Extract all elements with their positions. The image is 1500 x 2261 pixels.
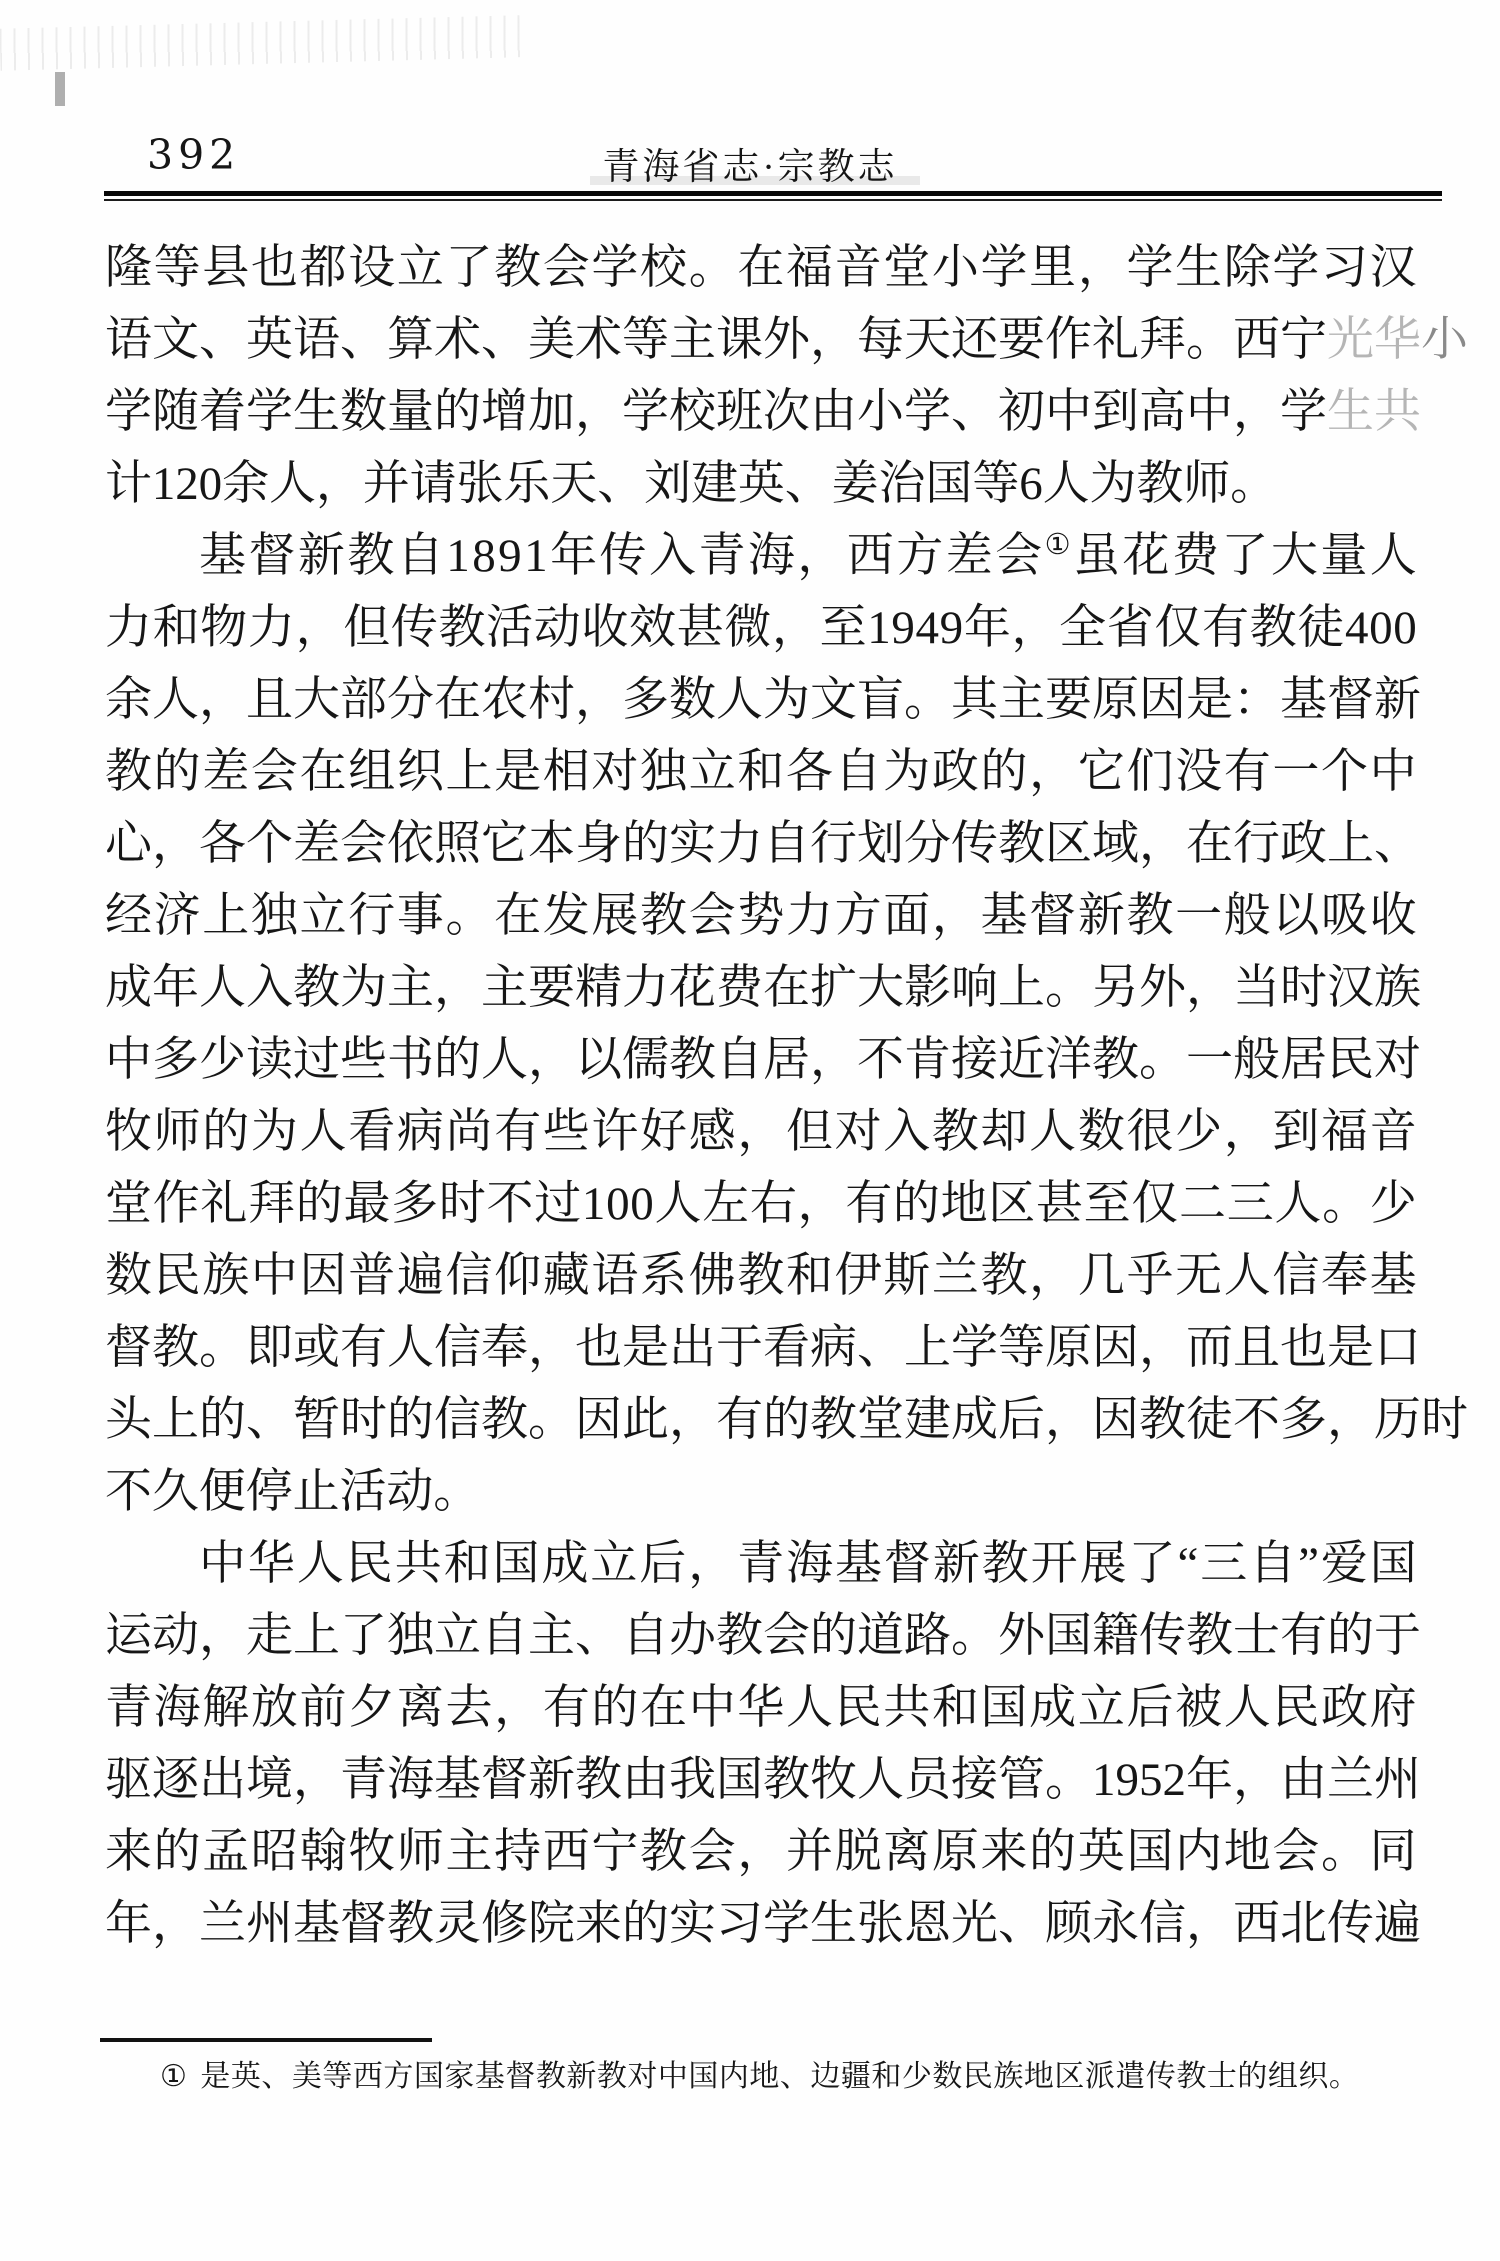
glyph: 般 [1224, 880, 1271, 952]
glyph: 本 [528, 808, 575, 880]
glyph: 同 [1370, 1816, 1417, 1888]
glyph: 教 [810, 1384, 857, 1456]
glyph: 学 [1126, 232, 1173, 304]
glyph: 一 [1186, 1024, 1233, 1096]
glyph: 9 [891, 592, 915, 664]
glyph: 共 [883, 1672, 930, 1744]
glyph: 0 [630, 1168, 654, 1240]
glyph: 面 [883, 880, 930, 952]
glyph: ， [528, 1024, 575, 1096]
glyph: 4 [1345, 592, 1369, 664]
glyph: 1 [152, 448, 175, 520]
glyph: 无 [1175, 1240, 1222, 1312]
glyph: 人 [300, 1096, 347, 1168]
text-line: 成年人入教为主，主要精力花费在扩大影响上。另外，当时汉族 [105, 952, 1417, 1024]
glyph: 。 [1186, 304, 1233, 376]
glyph: 人 [786, 1672, 833, 1744]
glyph: 政 [1280, 808, 1327, 880]
glyph: 为 [763, 664, 810, 736]
glyph: 语 [591, 1240, 638, 1312]
glyph: 1 [524, 520, 548, 592]
glyph: 教 [494, 232, 541, 304]
glyph: 信 [1139, 1888, 1186, 1960]
glyph: 教 [152, 1312, 199, 1384]
text-line: 中华人民共和国成立后，青海基督新教开展了“三自”爱国 [105, 1528, 1417, 1600]
glyph: 年 [964, 592, 1011, 664]
glyph: 离 [397, 1672, 444, 1744]
glyph: 信 [1272, 1240, 1319, 1312]
glyph: 外 [1139, 952, 1186, 1024]
glyph: 的 [296, 1168, 343, 1240]
glyph: 许 [591, 1096, 638, 1168]
glyph: 张 [457, 448, 504, 520]
glyph: 年 [105, 1888, 152, 1960]
glyph: 学 [622, 376, 669, 448]
glyph: 成 [951, 1384, 998, 1456]
glyph: 、 [857, 1312, 904, 1384]
glyph: 治 [879, 448, 926, 520]
glyph: 国 [981, 1672, 1028, 1744]
glyph: 徒 [1186, 1384, 1233, 1456]
glyph: 分 [387, 664, 434, 736]
glyph: 经 [105, 880, 152, 952]
glyph: 民 [1272, 1672, 1319, 1744]
text-line: 督教。即或有人信奉，也是出于看病、上学等原因，而且也是口 [105, 1312, 1417, 1384]
glyph: 大 [857, 952, 904, 1024]
glyph: 实 [669, 808, 716, 880]
glyph: 夕 [348, 1672, 395, 1744]
glyph: 中 [105, 1024, 152, 1096]
text-line: 语文、英语、算术、美术等主课外，每天还要作礼拜。西宁光华小 [105, 304, 1417, 376]
footnote-marker: ① [160, 2060, 187, 2093]
glyph: 力 [105, 592, 152, 664]
glyph: 要 [1045, 664, 1092, 736]
glyph: ， [737, 1096, 784, 1168]
glyph: 语 [105, 304, 152, 376]
glyph: 好 [640, 1096, 687, 1168]
glyph: 的 [893, 1168, 940, 1240]
glyph: ， [575, 664, 622, 736]
glyph: 织 [397, 736, 444, 808]
text-line: 心，各个差会依照它本身的实力自行划分传教区域，在行政上、 [105, 808, 1417, 880]
glyph: 全 [1059, 592, 1106, 664]
glyph: 师 [397, 1816, 444, 1888]
glyph: 的 [981, 736, 1028, 808]
glyph: 、 [481, 304, 528, 376]
glyph: 主 [669, 304, 716, 376]
text-line: 学随着学生数量的增加，学校班次由小学、初中到高中，学生共 [105, 376, 1417, 448]
glyph: 因 [1092, 1384, 1139, 1456]
text-line: 青海解放前夕离去，有的在中华人民共和国成立后被人民政府 [105, 1672, 1417, 1744]
glyph: 国 [1126, 1816, 1173, 1888]
glyph: 海 [387, 1744, 434, 1816]
scan-artifact [55, 72, 65, 106]
glyph: 高 [1139, 376, 1186, 448]
text-line: 数民族中因普遍信仰藏语系佛教和伊斯兰教，几乎无人信奉基 [105, 1240, 1417, 1312]
glyph: 的 [591, 1672, 638, 1744]
glyph: 的 [199, 1384, 246, 1456]
glyph: 数 [1078, 1096, 1125, 1168]
glyph: 生 [810, 1888, 857, 1960]
glyph: 华 [737, 1672, 784, 1744]
glyph: 基 [835, 1528, 882, 1600]
glyph: 因 [1092, 1312, 1139, 1384]
glyph: 组 [348, 736, 395, 808]
glyph: 青 [105, 1672, 152, 1744]
glyph: ， [798, 1168, 845, 1240]
glyph: 时 [340, 1384, 387, 1456]
glyph: ， [199, 664, 246, 736]
glyph: 传 [1327, 1888, 1374, 1960]
glyph: 计 [105, 448, 152, 520]
glyph: 量 [387, 376, 434, 448]
glyph: 上 [152, 1384, 199, 1456]
glyph: 基 [199, 520, 246, 592]
glyph: 放 [251, 1672, 298, 1744]
glyph: 的 [810, 1600, 857, 1672]
glyph: 主 [387, 952, 434, 1024]
glyph: 的 [387, 1384, 434, 1456]
glyph: 督 [248, 520, 295, 592]
glyph: 新 [528, 1744, 575, 1816]
glyph: ， [152, 1888, 199, 1960]
glyph: 动 [534, 592, 581, 664]
glyph: 独 [251, 880, 298, 952]
glyph: 自 [481, 1600, 528, 1672]
glyph: 音 [835, 232, 882, 304]
glyph: 口 [1374, 1312, 1421, 1384]
glyph: 学 [246, 376, 293, 448]
glyph: 区 [1045, 808, 1092, 880]
glyph: 文 [810, 664, 857, 736]
glyph: 信 [434, 1384, 481, 1456]
glyph: 来 [981, 1816, 1028, 1888]
text-line: 堂作礼拜的最多时不过100人左右，有的地区甚至仅二三人。少 [105, 1168, 1417, 1240]
glyph: 2 [175, 448, 198, 520]
glyph: 礼 [1092, 304, 1139, 376]
text-line: 头上的、暂时的信教。因此，有的教堂建成后，因教徒不多，历时 [105, 1384, 1417, 1456]
text-line: 教的差会在组织上是相对独立和各自为政的，它们没有一个中 [105, 736, 1417, 808]
glyph: 后 [998, 1384, 1045, 1456]
footnote: ①是英、美等西方国家基督教新教对中国内地、边疆和少数民族地区派遣传教士的组织。 [160, 2056, 1380, 2098]
glyph: ， [1233, 376, 1280, 448]
glyph: 最 [343, 1168, 390, 1240]
glyph: 自 [763, 808, 810, 880]
glyph: ， [1139, 808, 1186, 880]
glyph: 对 [835, 1096, 882, 1168]
glyph: 和 [153, 592, 200, 664]
glyph: 青 [737, 1528, 784, 1600]
glyph: 儒 [622, 1024, 669, 1096]
glyph: 前 [300, 1672, 347, 1744]
glyph: 和 [737, 736, 784, 808]
glyph: 但 [343, 592, 390, 664]
glyph: 要 [998, 304, 1045, 376]
glyph: 农 [481, 664, 528, 736]
glyph: 历 [1374, 1384, 1421, 1456]
glyph: 大 [293, 664, 340, 736]
glyph: 里 [1029, 232, 1076, 304]
glyph: 行 [810, 808, 857, 880]
glyph: 新 [1078, 880, 1125, 952]
text-line: 不久便停止活动。 [105, 1456, 1417, 1528]
header-rule [104, 191, 1442, 201]
glyph: 对 [1374, 1024, 1421, 1096]
glyph: 共 [395, 1528, 442, 1600]
glyph: 心 [105, 808, 152, 880]
glyph: 且 [1233, 1312, 1280, 1384]
glyph: 力 [622, 952, 669, 1024]
glyph: 。 [1230, 448, 1277, 520]
glyph: 0 [1393, 592, 1417, 664]
glyph: 是 [494, 736, 541, 808]
glyph: 并 [786, 1816, 833, 1888]
glyph: 盲 [857, 664, 904, 736]
glyph: 了 [340, 1600, 387, 1672]
glyph: 督 [884, 1528, 931, 1600]
glyph: ， [772, 592, 819, 664]
glyph: 有 [494, 1096, 541, 1168]
glyph: 堂 [105, 1168, 152, 1240]
glyph: 教 [716, 1600, 763, 1672]
glyph: 族 [1374, 952, 1421, 1024]
glyph: 为 [1089, 448, 1136, 520]
glyph: 1 [582, 1168, 606, 1240]
glyph: 持 [494, 1816, 541, 1888]
glyph: 等 [972, 448, 1019, 520]
glyph: 政 [932, 736, 979, 808]
glyph: 学 [1280, 376, 1327, 448]
glyph: 、 [597, 448, 644, 520]
glyph: 兰 [1327, 1744, 1374, 1816]
glyph: 5 [1139, 1744, 1163, 1816]
glyph: 的 [622, 808, 669, 880]
glyph: 9 [498, 520, 522, 592]
glyph: 展 [1080, 1528, 1127, 1600]
glyph: 姜 [832, 448, 879, 520]
glyph: 音 [1370, 1096, 1417, 1168]
glyph: 学 [591, 232, 638, 304]
glyph: 时 [439, 1168, 486, 1240]
glyph: ， [1139, 1312, 1186, 1384]
glyph: 量 [1320, 520, 1367, 592]
glyph: 学 [105, 376, 152, 448]
glyph: 没 [1175, 736, 1222, 808]
glyph: 有 [340, 1312, 387, 1384]
glyph: 行 [1233, 808, 1280, 880]
glyph: 后 [639, 1528, 686, 1600]
glyph: 督 [1029, 880, 1076, 952]
glyph: 去 [445, 1672, 492, 1744]
glyph: 方 [835, 880, 882, 952]
glyph: 部 [340, 664, 387, 736]
text-line: 隆等县也都设立了教会学校。在福音堂小学里，学生除学习汉 [105, 232, 1417, 304]
glyph: ， [316, 448, 363, 520]
glyph: 病 [810, 1312, 857, 1384]
glyph: 语 [293, 304, 340, 376]
glyph: 教 [640, 1816, 687, 1888]
glyph: 年 [152, 952, 199, 1024]
glyph: ， [293, 1744, 340, 1816]
glyph: 的 [1327, 1600, 1374, 1672]
glyph: 年 [550, 520, 597, 592]
glyph: 州 [1374, 1744, 1421, 1816]
glyph: 感 [689, 1096, 736, 1168]
glyph: 教 [1250, 592, 1297, 664]
glyph: 小 [1421, 304, 1468, 376]
glyph: 教 [105, 736, 152, 808]
glyph: 村 [528, 664, 575, 736]
glyph: 办 [669, 1600, 716, 1672]
glyph: 在 [1186, 808, 1233, 880]
glyph: 收 [1370, 880, 1417, 952]
glyph: 自 [716, 1024, 763, 1096]
glyph: 学 [763, 1888, 810, 1960]
glyph: ， [152, 808, 199, 880]
glyph: 4 [916, 592, 940, 664]
glyph: 差 [946, 520, 993, 592]
glyph: 成 [541, 1528, 588, 1600]
glyph: 立 [689, 736, 736, 808]
glyph: 地 [1224, 1816, 1271, 1888]
glyph: 域 [1092, 808, 1139, 880]
glyph: 0 [606, 1168, 630, 1240]
glyph: 道 [857, 1600, 904, 1672]
glyph: 国 [716, 1744, 763, 1816]
glyph: 生 [1175, 232, 1222, 304]
glyph: 主 [445, 1816, 492, 1888]
glyph: 大 [1271, 520, 1318, 592]
glyph: 人 [269, 448, 316, 520]
glyph: 脱 [835, 1816, 882, 1888]
glyph: 。 [951, 1600, 998, 1672]
glyph: 基 [981, 880, 1028, 952]
glyph: 教 [1092, 1024, 1139, 1096]
glyph: 由 [622, 1744, 669, 1816]
glyph: 成 [1029, 1672, 1076, 1744]
glyph: 的 [1029, 1816, 1076, 1888]
glyph: 还 [951, 304, 998, 376]
glyph: 教 [1136, 448, 1183, 520]
glyph: 以 [1272, 880, 1319, 952]
glyph: 为 [340, 952, 387, 1024]
glyph: 除 [1224, 232, 1271, 304]
glyph: 人 [297, 1528, 344, 1600]
glyph: 原 [932, 1816, 979, 1888]
glyph: 基 [1280, 664, 1327, 736]
glyph: 接 [951, 1024, 998, 1096]
glyph: 人 [716, 664, 763, 736]
glyph: 的 [434, 376, 481, 448]
glyph: 依 [387, 808, 434, 880]
glyph: 立 [300, 880, 347, 952]
glyph: 国 [1370, 1528, 1417, 1600]
glyph: 的 [154, 736, 201, 808]
glyph: 右 [750, 1168, 797, 1240]
glyph: 或 [293, 1312, 340, 1384]
glyph: 华 [1374, 304, 1421, 376]
glyph: 文 [152, 304, 199, 376]
glyph: 由 [810, 376, 857, 448]
glyph: 会 [1272, 1816, 1319, 1888]
glyph: 到 [1272, 1096, 1319, 1168]
glyph: 院 [528, 1888, 575, 1960]
glyph: 初 [998, 376, 1045, 448]
glyph: 仅 [1154, 592, 1201, 664]
glyph: 牧 [810, 1744, 857, 1816]
glyph: 且 [246, 664, 293, 736]
glyph: 来 [575, 1888, 622, 1960]
glyph: ， [575, 376, 622, 448]
glyph: 光 [951, 1888, 998, 1960]
glyph: 中 [1045, 376, 1092, 448]
glyph: ， [296, 592, 343, 664]
glyph: ， [494, 1672, 541, 1744]
glyph: 教 [737, 1240, 784, 1312]
glyph: 人 [857, 1744, 904, 1816]
glyph: 拜 [248, 1168, 295, 1240]
glyph: 教 [1139, 1384, 1186, 1456]
glyph: 校 [669, 376, 716, 448]
glyph: 教 [981, 1240, 1028, 1312]
glyph: 年 [1186, 1744, 1233, 1816]
glyph: 地 [941, 1168, 988, 1240]
glyph: 二 [1179, 1168, 1226, 1240]
footnote-text: 是英、美等西方国家基督教新教对中国内地、边疆和少数民族地区派遣传教士的组织。 [200, 2060, 1359, 2093]
glyph: ， [797, 520, 844, 592]
glyph: 甚 [677, 592, 724, 664]
glyph: 出 [669, 1312, 716, 1384]
glyph: 9 [940, 592, 964, 664]
glyph: 了 [1129, 1528, 1176, 1600]
glyph: 和 [444, 1528, 491, 1600]
glyph: 员 [904, 1744, 951, 1816]
glyph: 修 [481, 1888, 528, 1960]
glyph: 民 [1327, 1024, 1374, 1096]
glyph: ， [1078, 232, 1125, 304]
glyph: 信 [445, 1240, 492, 1312]
glyph: 久 [152, 1456, 199, 1528]
glyph: 汉 [1327, 952, 1374, 1024]
glyph: 洋 [1045, 1024, 1092, 1096]
glyph: 其 [951, 664, 998, 736]
glyph: 藏 [543, 1240, 590, 1312]
glyph: 有 [1202, 592, 1249, 664]
glyph: 华 [248, 1528, 295, 1600]
glyph: 民 [346, 1528, 393, 1600]
glyph: 。 [1045, 1744, 1092, 1816]
glyph: ， [199, 1600, 246, 1672]
glyph: 此 [622, 1384, 669, 1456]
glyph: 人 [1043, 448, 1090, 520]
glyph: 事 [397, 880, 444, 952]
glyph: 人 [1029, 1096, 1076, 1168]
glyph: 遍 [1374, 1888, 1421, 1960]
glyph: 般 [1233, 1024, 1280, 1096]
glyph: 病 [397, 1096, 444, 1168]
glyph: 信 [434, 1312, 481, 1384]
glyph: 教 [932, 1096, 979, 1168]
glyph: 立 [434, 1600, 481, 1672]
glyph: 人 [1370, 520, 1417, 592]
glyph: 的 [202, 1096, 249, 1168]
glyph: 些 [543, 1096, 590, 1168]
glyph: 。 [904, 664, 951, 736]
glyph: 差 [202, 736, 249, 808]
glyph: 在 [434, 664, 481, 736]
glyph: 各 [199, 808, 246, 880]
text-line: 驱逐出境，青海基督新教由我国教牧人员接管。1952年，由兰州 [105, 1744, 1417, 1816]
